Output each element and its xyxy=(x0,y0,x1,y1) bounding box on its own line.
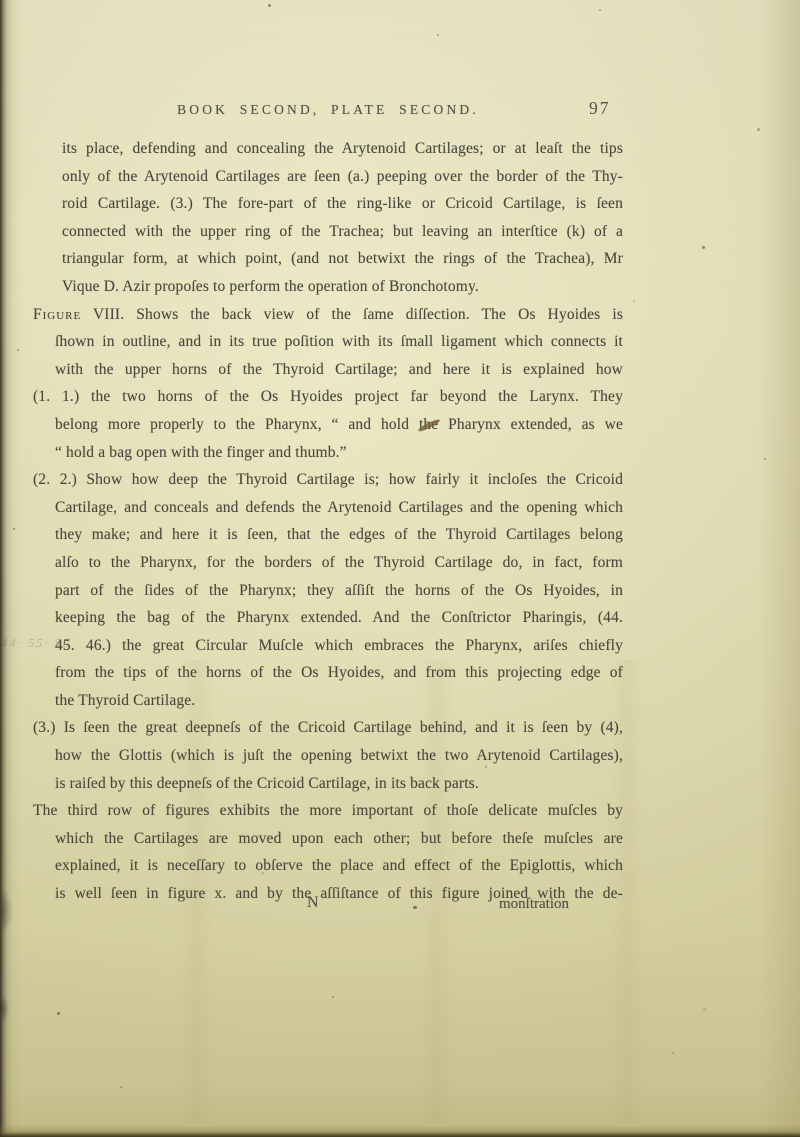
text-line: Figure VIII. Shows the back view of the … xyxy=(33,301,623,329)
text-line: The third row of figures exhibits the mo… xyxy=(33,797,623,825)
text-line: which the Cartilages are moved upon each… xyxy=(33,825,623,853)
text-line: (3.) Is ſeen the great deepneſs of the C… xyxy=(33,714,623,742)
text-line: roid Cartilage. (3.) The fore-part of th… xyxy=(33,190,623,218)
text-line: with the upper horns of the Thyroid Cart… xyxy=(33,356,623,384)
text-line: Vique D. Azir propoſes to perform the op… xyxy=(33,273,623,301)
text-line: only of the Arytenoid Cartilages are ſee… xyxy=(33,163,623,191)
paper-speck xyxy=(413,906,417,909)
text-line: part of the ſides of the Pharynx; they a… xyxy=(33,577,623,605)
paper-speck xyxy=(703,1008,706,1011)
figure-label: Figure xyxy=(33,306,81,323)
paper-speck xyxy=(599,9,601,11)
right-edge-shade xyxy=(758,0,800,1137)
paper-speck xyxy=(580,152,582,154)
text-line: the Thyroid Cartilage. xyxy=(33,687,623,715)
text-block: its place, defending and concealing the … xyxy=(33,135,623,908)
signature-mark: N xyxy=(307,894,319,912)
text-line: its place, defending and concealing the … xyxy=(33,135,623,163)
text-line: from the tips of the horns of the Os Hyo… xyxy=(33,659,623,687)
book-page: BOOK SECOND, PLATE SECOND. 97 its place,… xyxy=(0,0,800,1137)
text-line: alſo to the Pharynx, for the borders of … xyxy=(33,549,623,577)
paper-speck xyxy=(672,1052,674,1054)
text-line: (1. 1.) the two horns of the Os Hyoides … xyxy=(33,383,623,411)
paper-speck xyxy=(57,1012,60,1015)
paper-speck xyxy=(633,300,635,302)
gutter-blotch xyxy=(0,995,9,1023)
text-line: explained, it is neceſſary to obſerve th… xyxy=(33,852,623,880)
text-line: how the Glottis (which is juſt the openi… xyxy=(33,742,623,770)
paper-speck xyxy=(702,246,705,249)
paper-speck xyxy=(120,1086,122,1088)
paper-speck xyxy=(485,766,487,768)
page-bottom-edge xyxy=(0,1125,800,1137)
text-line: belong more properly to the Pharynx, “ a… xyxy=(33,411,623,439)
text-line: triangular form, at which point, (and no… xyxy=(33,245,623,273)
struck-word: the xyxy=(419,416,438,433)
text-line: connected with the upper ring of the Tra… xyxy=(33,218,623,246)
text-line: is raiſed by this deepneſs of the Cricoi… xyxy=(33,770,623,798)
text-line: they make; and here it is ſeen, that the… xyxy=(33,521,623,549)
gutter-blotch xyxy=(0,888,12,934)
text-line: “ hold a bag open with the finger and th… xyxy=(33,439,623,467)
text-line: keeping the bag of the Pharynx extended.… xyxy=(33,604,623,632)
text-line: (2. 2.) Show how deep the Thyroid Cartil… xyxy=(33,466,623,494)
paper-speck xyxy=(262,872,264,874)
text-line: Cartilage, and conceals and defends the … xyxy=(33,494,623,522)
text-line: 45. 46.) the great Circular Muſcle which… xyxy=(33,632,623,660)
paper-speck xyxy=(437,34,439,36)
catchword: monſtration xyxy=(499,896,569,913)
paper-speck xyxy=(268,4,271,7)
paper-speck xyxy=(332,996,334,998)
text-line: ſhown in outline, and in its true poſiti… xyxy=(33,328,623,356)
page-gutter-shadow xyxy=(0,0,22,1137)
page-number: 97 xyxy=(589,98,611,119)
running-head: BOOK SECOND, PLATE SECOND. xyxy=(33,102,623,118)
